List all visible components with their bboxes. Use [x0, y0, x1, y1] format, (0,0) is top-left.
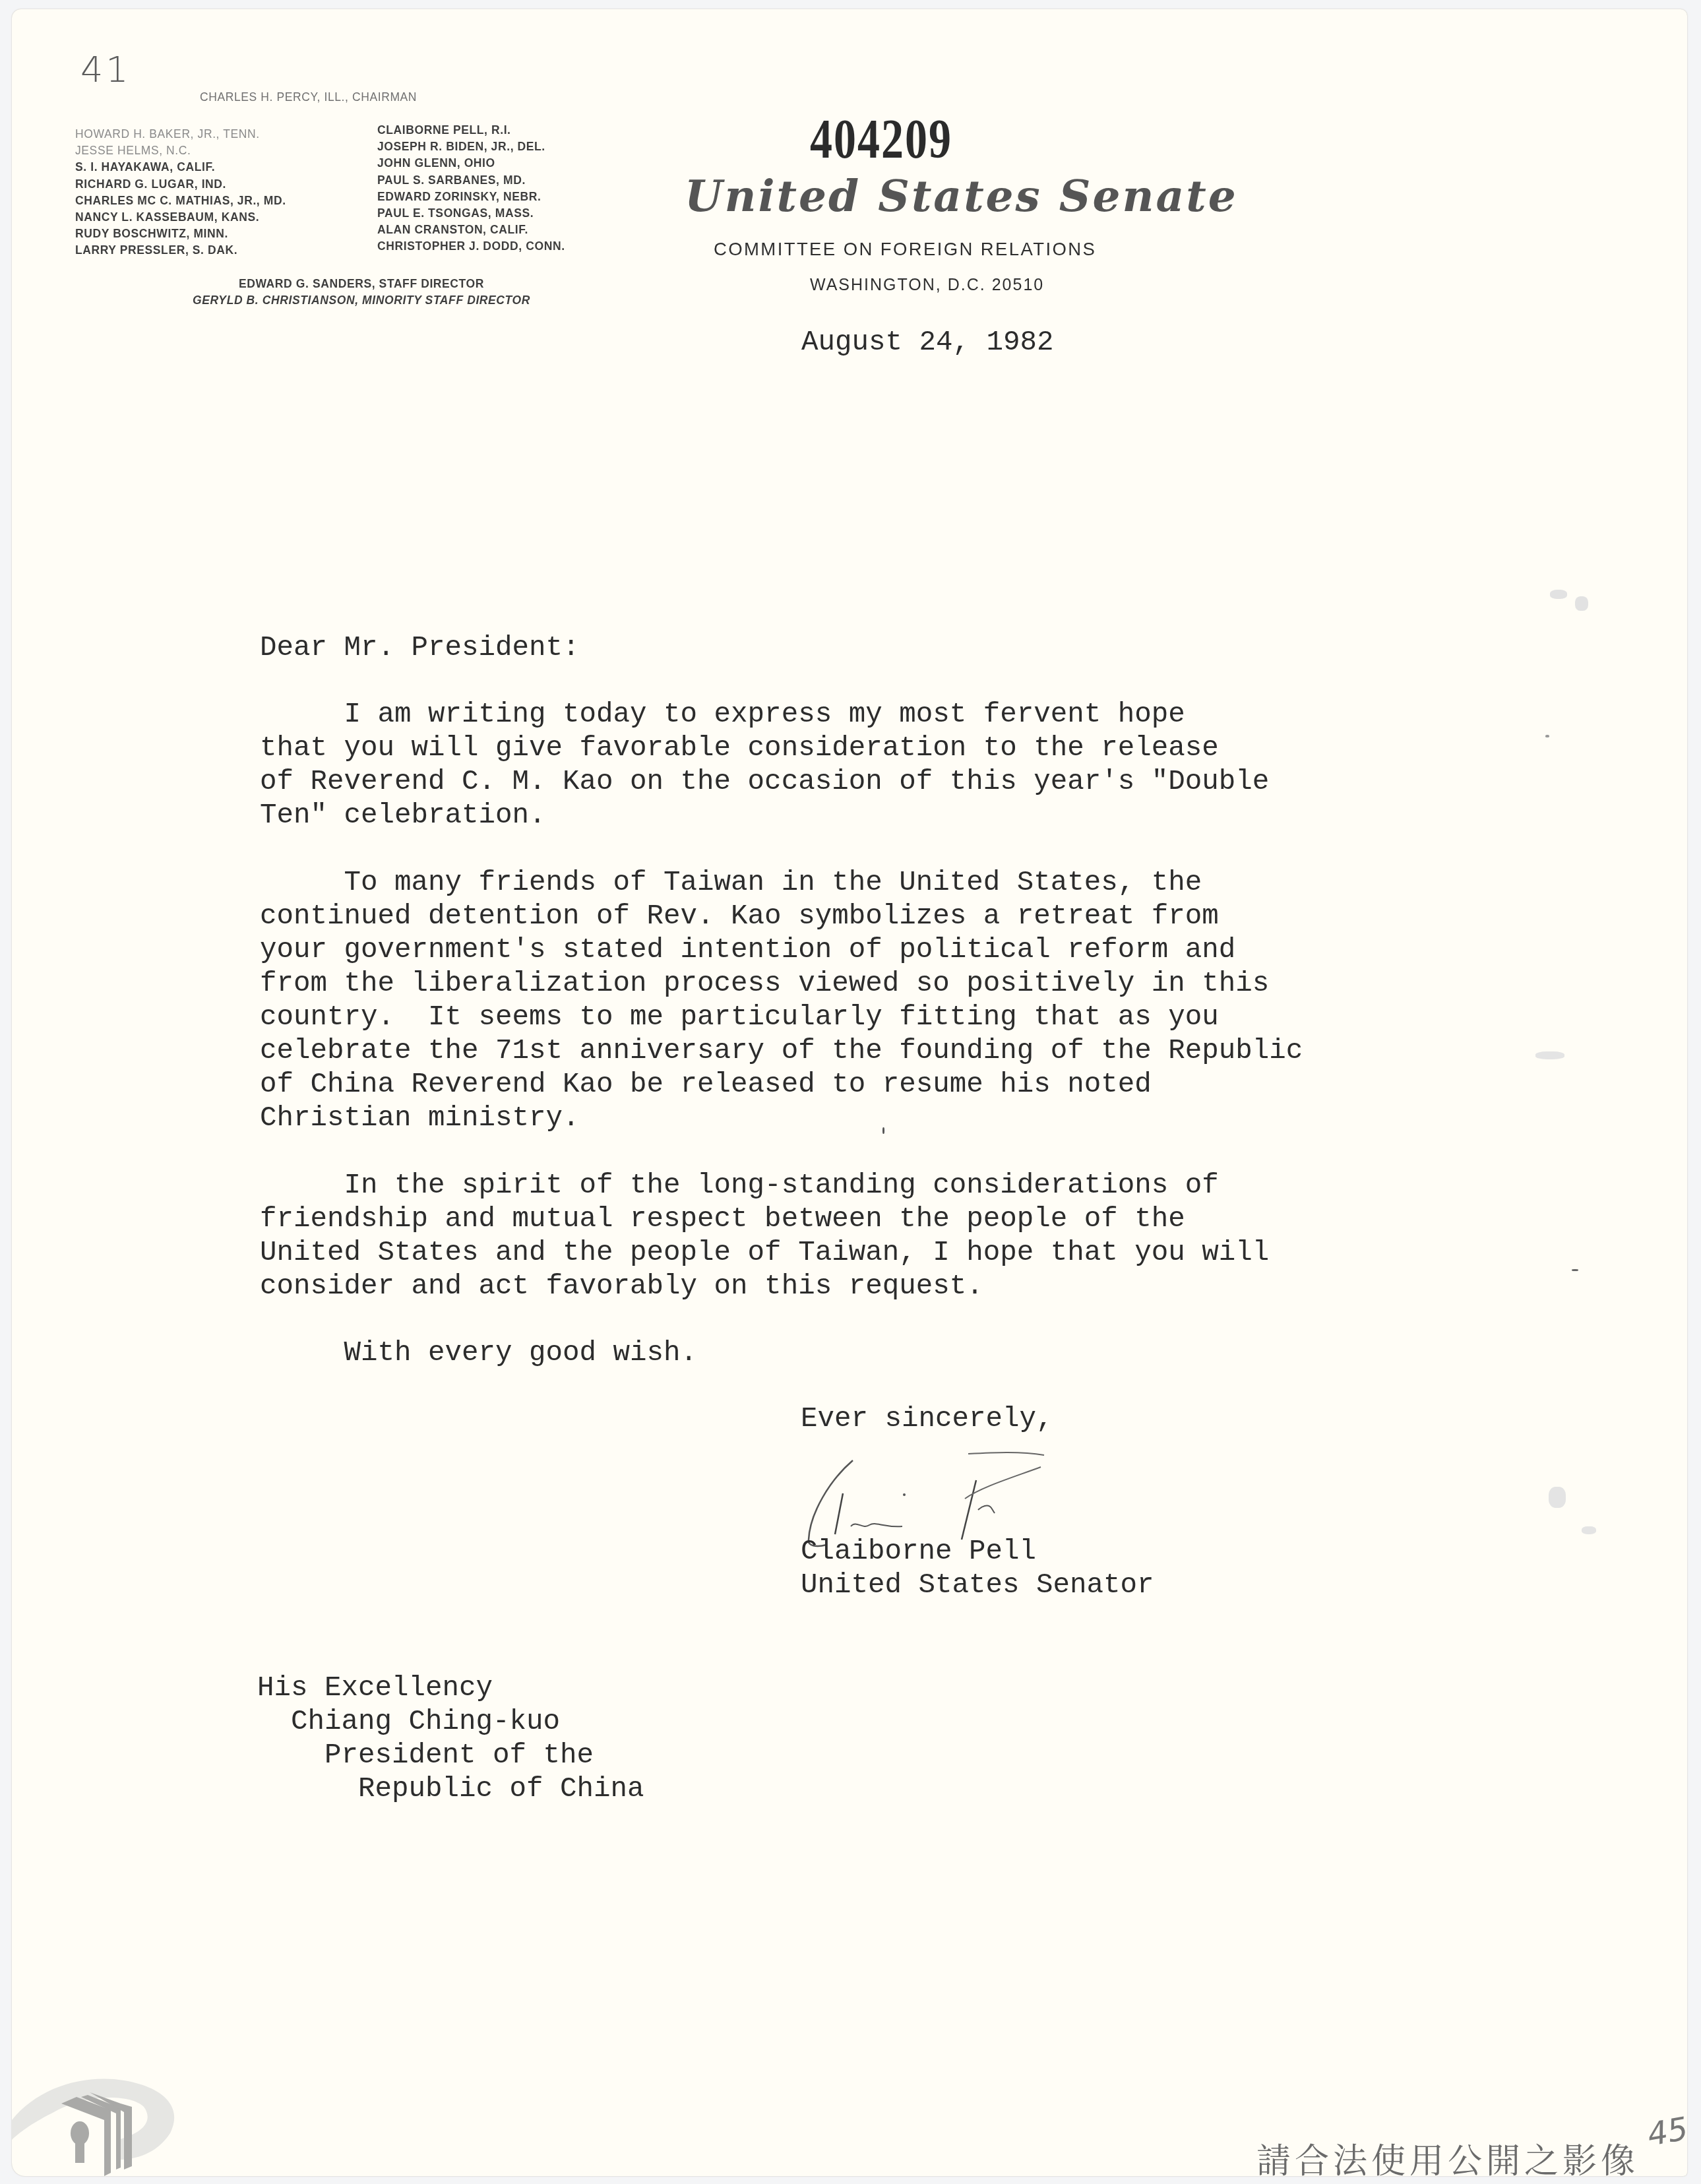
- member-name: PAUL E. TSONGAS, MASS.: [377, 205, 565, 222]
- usage-watermark: 請合法使用公開之影像: [1256, 2133, 1639, 2183]
- member-name: PAUL S. SARBANES, MD.: [377, 172, 565, 189]
- handwritten-page-number-bottom: 45: [1645, 2110, 1691, 2154]
- book-keyhole-logo-icon: [12, 2061, 177, 2179]
- member-name: CHRISTOPHER J. DODD, CONN.: [377, 238, 565, 255]
- member-name: JOHN GLENN, OHIO: [377, 155, 565, 172]
- letter-page: 41 CHARLES H. PERCY, ILL., CHAIRMAN HOWA…: [12, 9, 1687, 2176]
- member-name: CHARLES MC C. MATHIAS, JR., MD.: [75, 193, 286, 209]
- member-name: RICHARD G. LUGAR, IND.: [75, 176, 286, 193]
- paper-tear: [1535, 1051, 1564, 1059]
- body-paragraph: To many friends of Taiwan in the United …: [260, 866, 1303, 1135]
- paper-tear: [1549, 1487, 1566, 1508]
- letterhead-members-left: HOWARD H. BAKER, JR., TENN. JESSE HELMS,…: [75, 126, 286, 259]
- committee-name: COMMITTEE ON FOREIGN RELATIONS: [714, 239, 1096, 260]
- member-name: HOWARD H. BAKER, JR., TENN.: [75, 126, 286, 142]
- minority-staff-director: GERYLD B. CHRISTIANSON, MINORITY STAFF D…: [131, 292, 592, 309]
- paper-speck: [1572, 1269, 1578, 1271]
- signer-block: Claiborne Pell United States Senator: [801, 1535, 1154, 1602]
- paper-tear: [1582, 1526, 1596, 1534]
- signer-title: United States Senator: [801, 1569, 1154, 1601]
- handwritten-page-number: 41: [80, 49, 131, 90]
- member-name: S. I. HAYAKAWA, CALIF.: [75, 159, 286, 175]
- letterhead-staff: EDWARD G. SANDERS, STAFF DIRECTOR GERYLD…: [131, 276, 592, 309]
- body-paragraph: In the spirit of the long-standing consi…: [260, 1169, 1269, 1303]
- member-name: RUDY BOSCHWITZ, MINN.: [75, 226, 286, 242]
- staff-director: EDWARD G. SANDERS, STAFF DIRECTOR: [131, 276, 592, 292]
- committee-address: WASHINGTON, D.C. 20510: [810, 276, 1044, 295]
- letter-date: August 24, 1982: [801, 326, 1054, 359]
- member-name: LARRY PRESSLER, S. DAK.: [75, 242, 286, 259]
- recipient-address-block: His Excellency Chiang Ching-kuo Presiden…: [257, 1671, 644, 1806]
- letterhead-chairman: CHARLES H. PERCY, ILL., CHAIRMAN: [200, 89, 417, 106]
- member-name: NANCY L. KASSEBAUM, KANS.: [75, 209, 286, 226]
- body-paragraph: With every good wish.: [260, 1336, 697, 1370]
- member-name: ALAN CRANSTON, CALIF.: [377, 222, 565, 238]
- paper-speck: [882, 1127, 884, 1134]
- paper-tear: [1550, 590, 1567, 599]
- letterhead-members-right: CLAIBORNE PELL, R.I. JOSEPH R. BIDEN, JR…: [377, 122, 565, 255]
- document-number-stamp: 404209: [810, 106, 952, 172]
- body-paragraph: I am writing today to express my most fe…: [260, 698, 1269, 832]
- salutation: Dear Mr. President:: [260, 631, 580, 665]
- member-name: EDWARD ZORINSKY, NEBR.: [377, 189, 565, 205]
- paper-tear: [1575, 596, 1588, 611]
- senate-title: United States Senate: [685, 170, 1238, 222]
- member-name: JESSE HELMS, N.C.: [75, 142, 286, 159]
- member-name: CLAIBORNE PELL, R.I.: [377, 122, 565, 139]
- member-name: JOSEPH R. BIDEN, JR., DEL.: [377, 139, 565, 155]
- signer-name: Claiborne Pell: [801, 1536, 1036, 1567]
- closing: Ever sincerely,: [801, 1402, 1053, 1436]
- paper-speck: [1545, 735, 1549, 737]
